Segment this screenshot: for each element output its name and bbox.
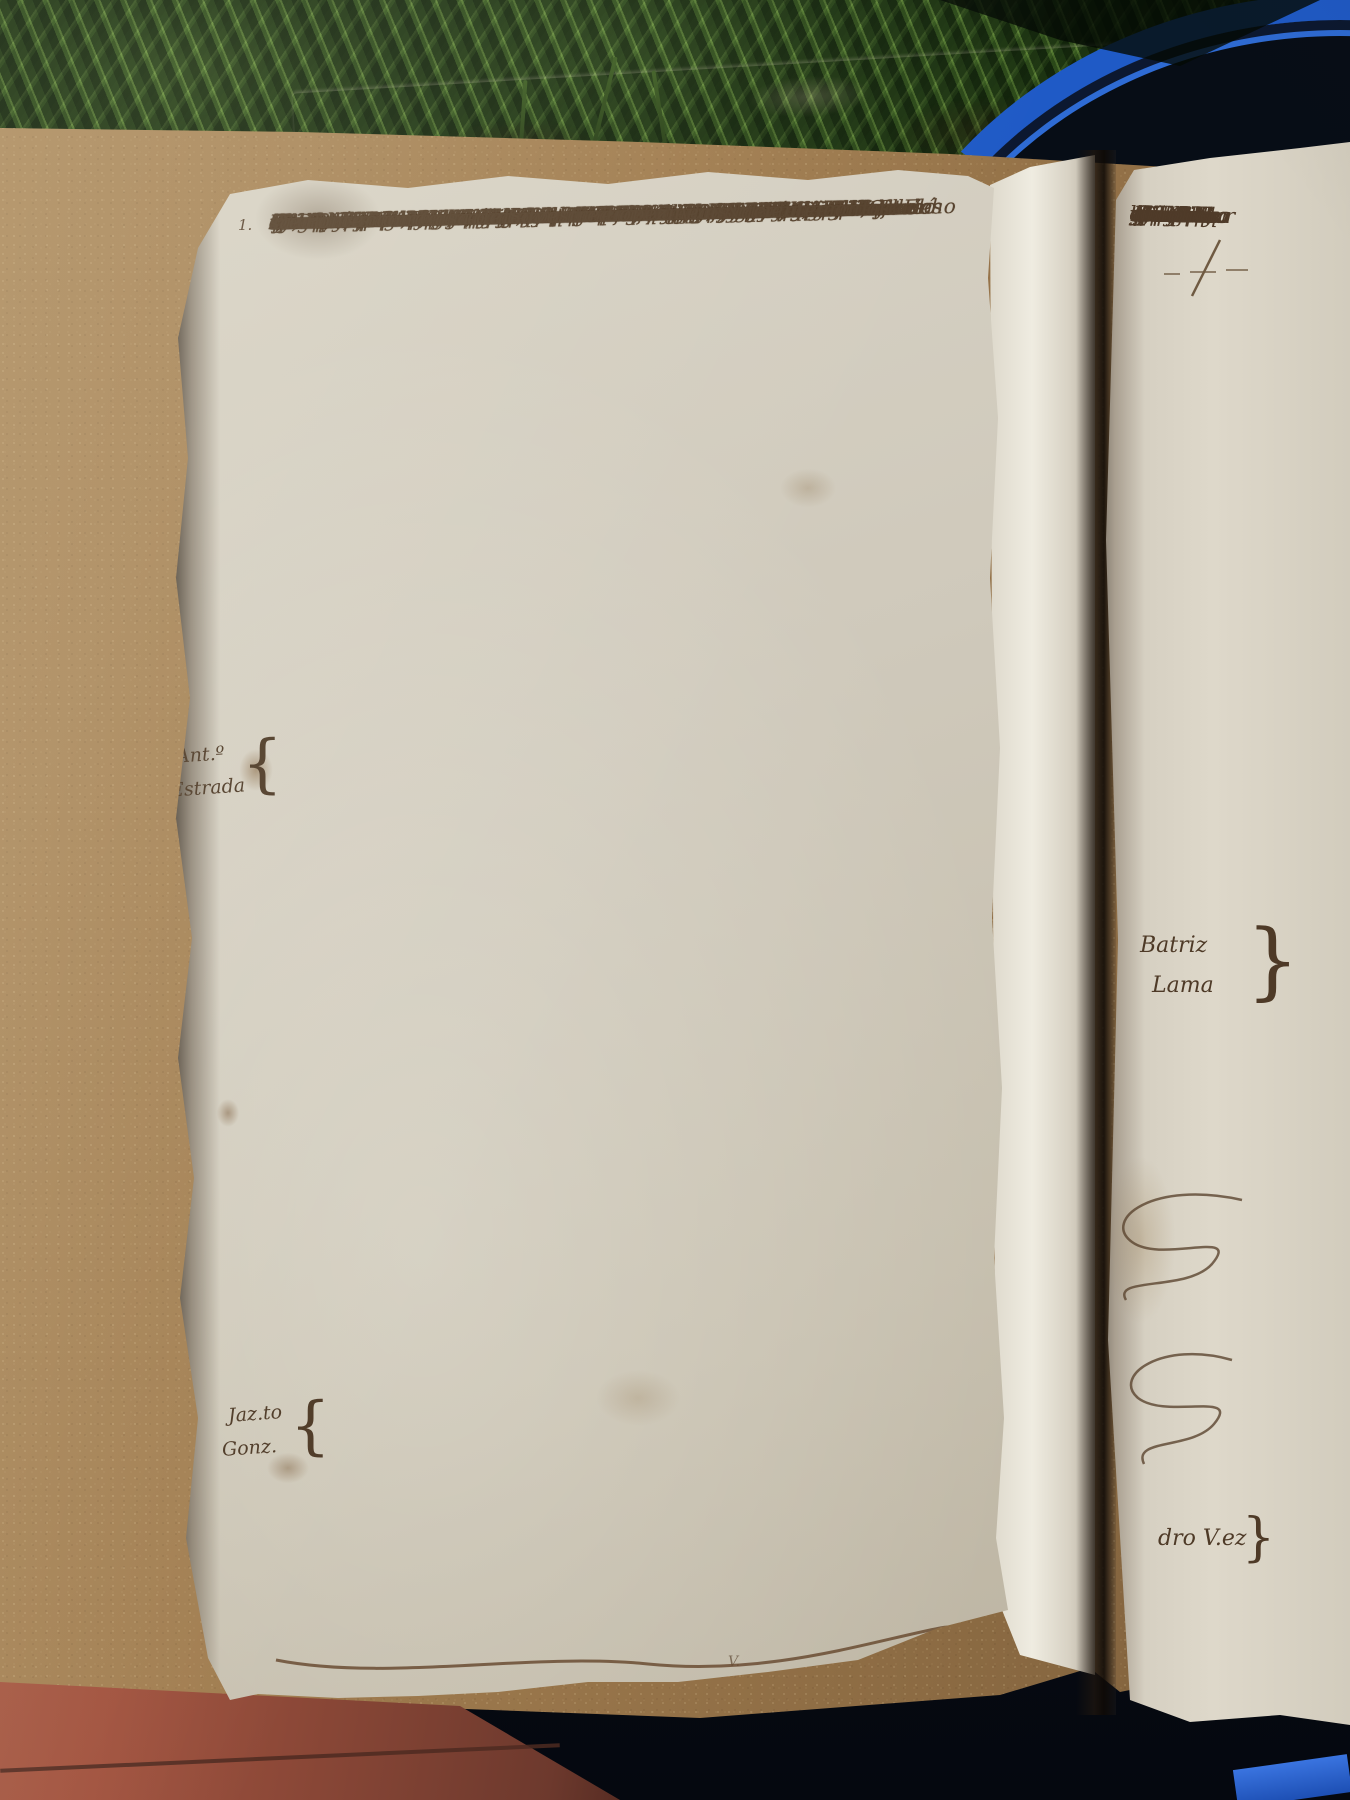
manuscript-text-block: Demarca al mediodia con tontiro de este … — [273, 189, 979, 206]
page-gap-shadow — [1076, 150, 1116, 1715]
left-page: 1. Demarca al mediodia con tontiro de es… — [168, 158, 1013, 1706]
margin-brace: { — [242, 732, 283, 796]
margin-brace: { — [290, 1394, 331, 1458]
margin-note-lama: Lama — [1152, 972, 1214, 1000]
margin-brace: } — [1242, 1512, 1275, 1564]
manuscript-fragment-line: publico — [1139, 198, 1220, 232]
margin-note-estrada: Estrada — [169, 773, 246, 802]
margin-note-batriz: Batriz — [1140, 932, 1207, 960]
right-page-text-column: Casacientoy unatales Sla parze Cory pone… — [1134, 198, 1350, 203]
margin-brace: } — [1246, 918, 1299, 1002]
ink-flourish-loops — [1092, 1180, 1262, 1480]
right-page: Casacientoy unatales Sla parze Cory pone… — [1100, 140, 1350, 1730]
photo-of-manuscript-book: Casacientoy unatales Sla parze Cory pone… — [0, 0, 1350, 1800]
margin-note-jacinto: Jaz.to — [227, 1400, 283, 1428]
slash-tally-mark — [1162, 232, 1258, 304]
manuscript-line: sa, Ponte. con Casa de Silvestre Lopez, … — [269, 191, 910, 238]
page-item-marker: 1. — [238, 216, 252, 234]
margin-note-gonz: Gonz. — [221, 1434, 277, 1462]
margin-note-pedro-vez: dro V.ez — [1158, 1525, 1246, 1553]
